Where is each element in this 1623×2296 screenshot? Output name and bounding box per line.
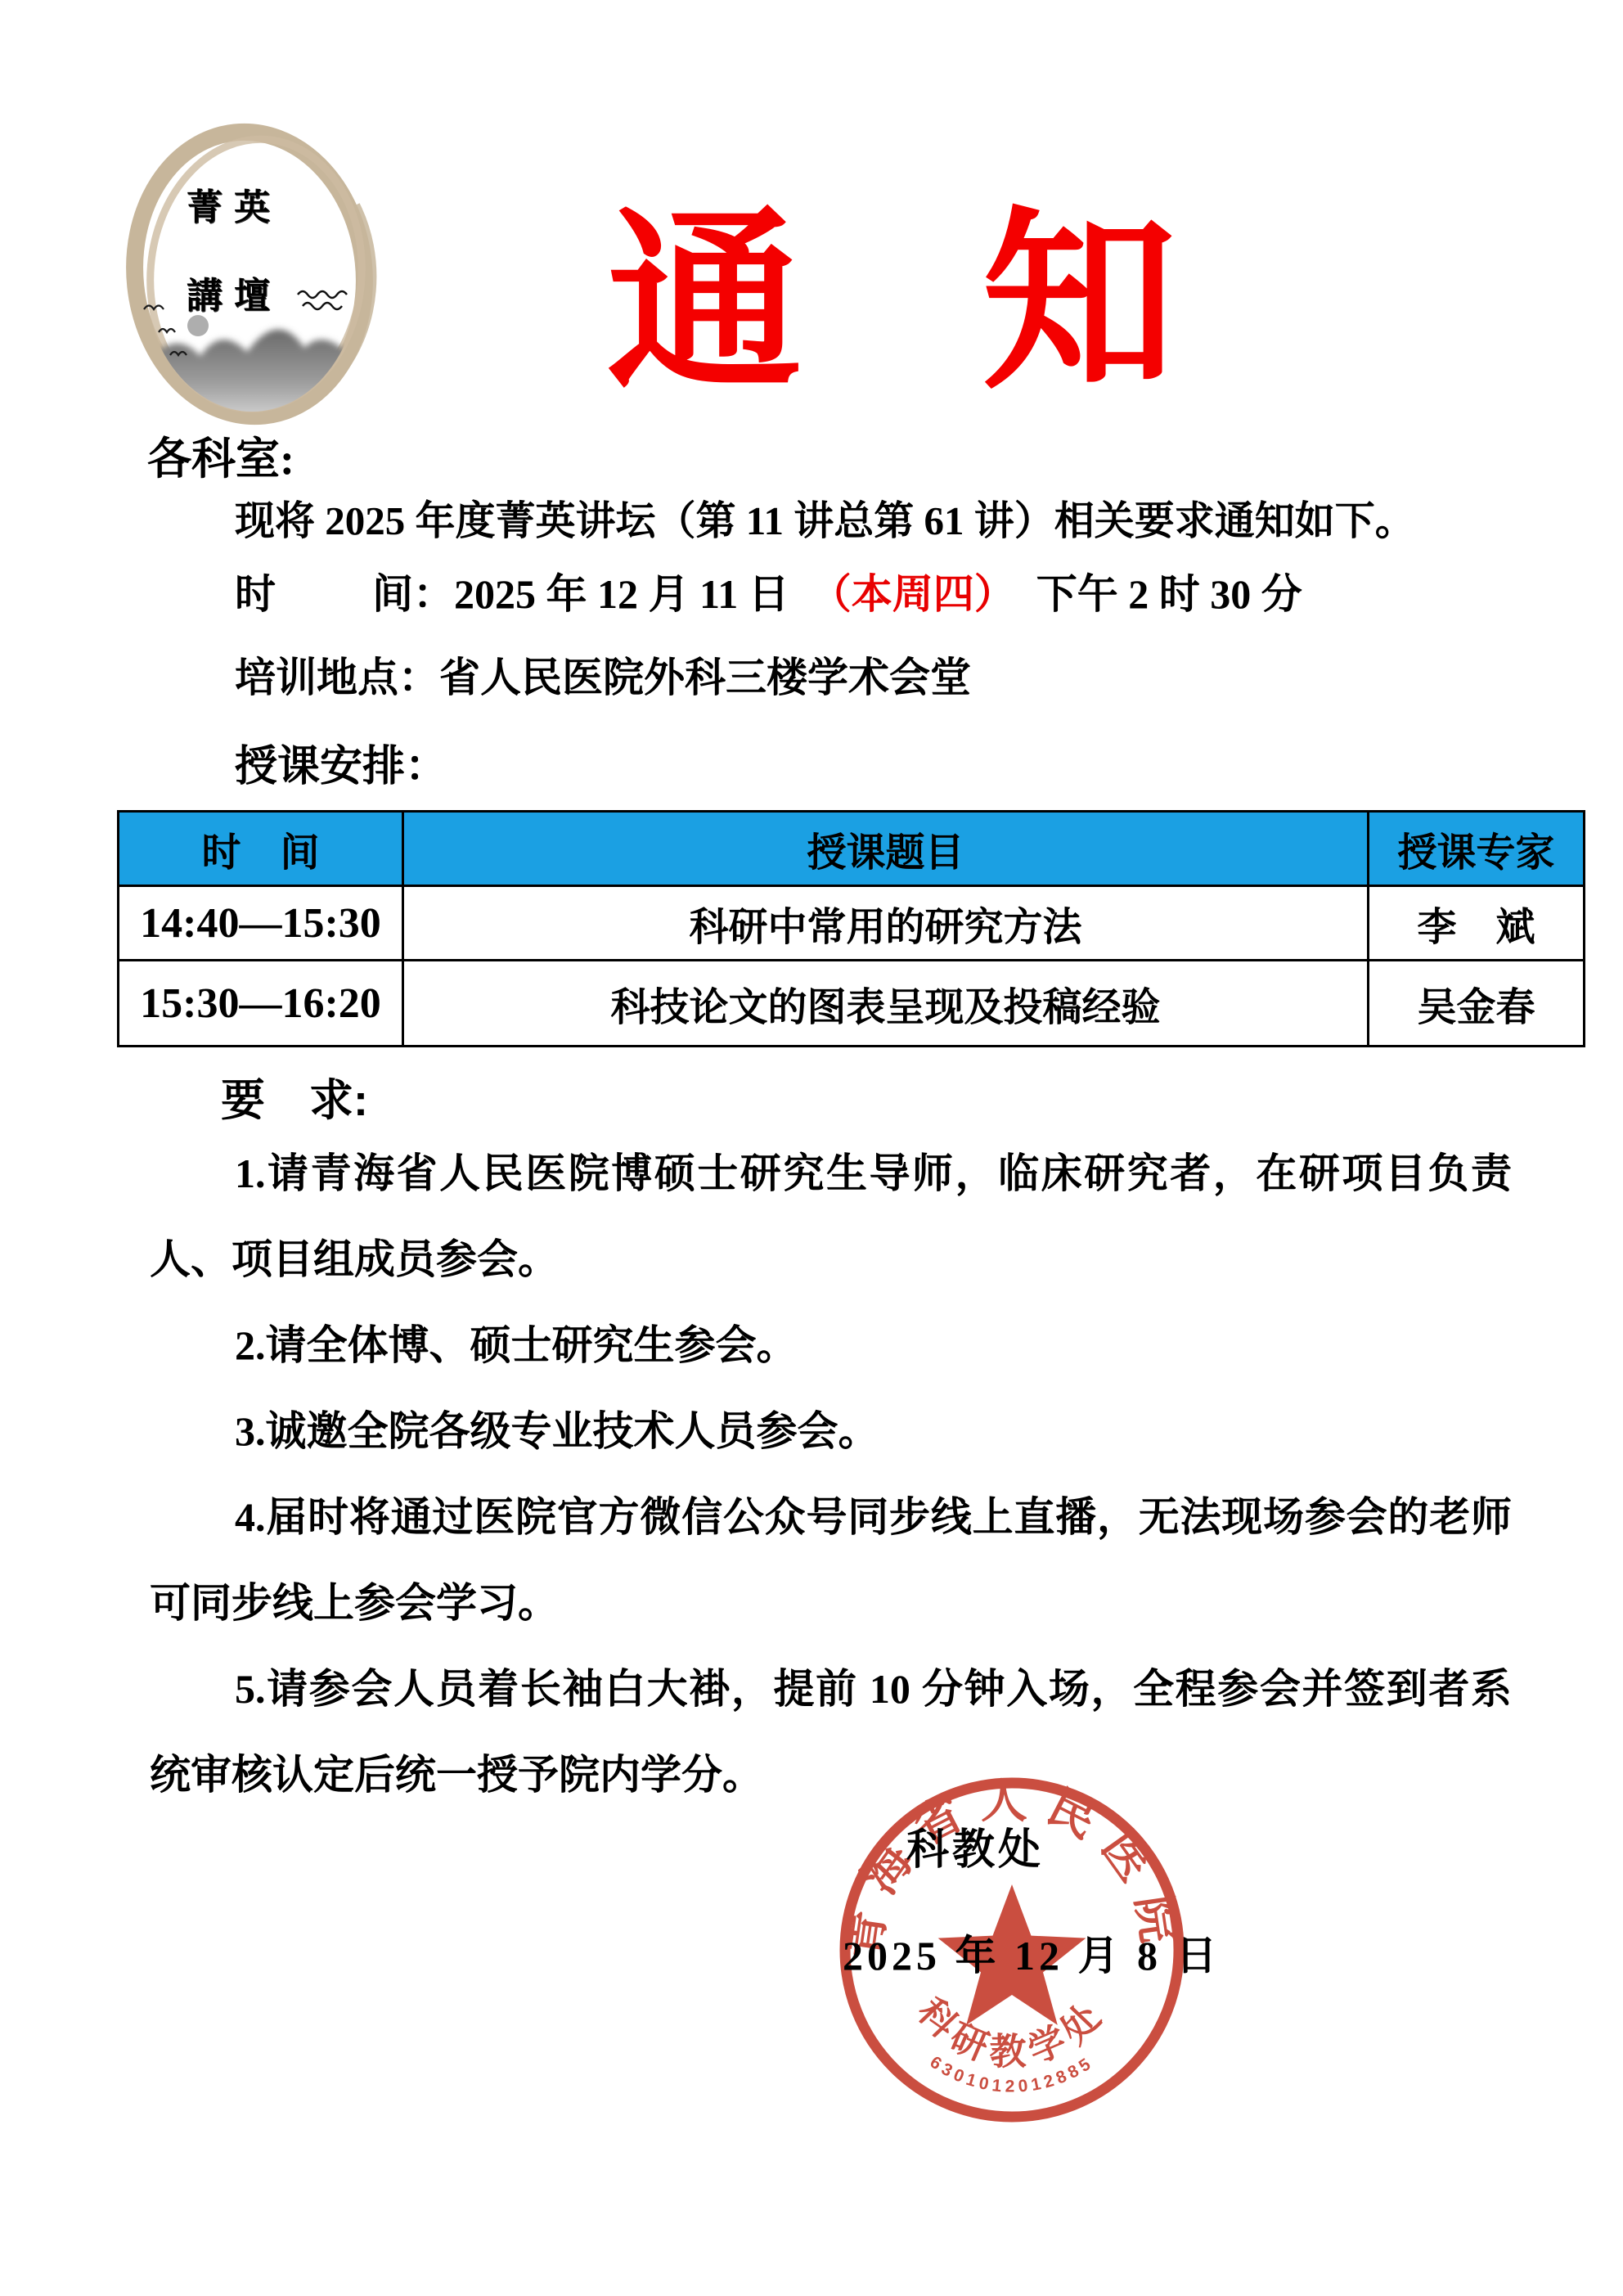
forum-logo: 菁英 講壇	[123, 115, 393, 434]
row2-speaker: 吴金春	[1369, 961, 1585, 1047]
header-topic: 授课题目	[403, 812, 1369, 886]
title-char-2: 知	[982, 203, 1176, 407]
time-label-part1: 时	[235, 571, 276, 617]
title-char-1: 通	[607, 203, 802, 407]
table-row: 15:30—16:20 科技论文的图表呈现及投稿经验 吴金春	[119, 961, 1585, 1047]
venue-value: 省人民医院外科三楼学术会堂	[439, 655, 971, 700]
requirement-item-4: 4.届时将通过医院官方微信公众号同步线上直播，无法现场参会的老师可同步线上参会学…	[150, 1474, 1512, 1646]
row2-topic: 科技论文的图表呈现及投稿经验	[403, 961, 1369, 1047]
requirement-item-2: 2.请全体博、硕士研究生参会。	[150, 1303, 1512, 1389]
venue-line: 培训地点：省人民医院外科三楼学术会堂	[235, 645, 971, 704]
forum-logo-line2: 講壇	[187, 252, 281, 340]
row1-speaker: 李 斌	[1369, 886, 1585, 961]
salutation: 各科室:	[147, 424, 294, 487]
requirement-item-1: 1.请青海省人民医院博硕士研究生导师，临床研究者，在研项目负责人、项目组成员参会…	[150, 1131, 1512, 1303]
time-value-post: 下午 2 时 30 分	[1036, 571, 1302, 617]
forum-logo-line1: 菁英	[187, 164, 281, 252]
header-time: 时 间	[119, 812, 403, 886]
seal-star-icon	[938, 1884, 1086, 2025]
official-seal: 青海省人民医院 科研教学处 6301012012885	[828, 1766, 1196, 2134]
requirements-label: 要 求:	[221, 1065, 368, 1128]
venue-label: 培训地点：	[235, 655, 439, 700]
intro-paragraph: 现将 2025 年度菁英讲坛（第 11 讲总第 61 讲）相关要求通知如下。	[235, 489, 1415, 547]
time-value-highlight: （本周四）	[811, 571, 1015, 617]
schedule-label: 授课安排：	[235, 732, 447, 793]
row2-time: 15:30—16:20	[119, 961, 403, 1047]
waves-icon	[296, 288, 362, 316]
row1-time: 14:40—15:30	[119, 886, 403, 961]
header-speaker: 授课专家	[1369, 812, 1585, 886]
page-title: 通 知	[607, 203, 1098, 407]
requirements-list: 1.请青海省人民医院博硕士研究生导师，临床研究者，在研项目负责人、项目组成员参会…	[150, 1131, 1512, 1818]
row1-topic: 科研中常用的研究方法	[403, 886, 1369, 961]
notice-page: { "logo": { "line1": "菁英", "line2": "講壇"…	[0, 0, 1623, 2296]
forum-logo-text: 菁英 講壇	[187, 164, 281, 340]
requirement-item-3: 3.诚邀全院各级专业技术人员参会。	[150, 1389, 1512, 1474]
time-label-part2: 间：	[372, 571, 454, 617]
schedule-table: 时 间 授课题目 授课专家 14:40—15:30 科研中常用的研究方法 李 斌…	[117, 810, 1585, 1047]
table-header-row: 时 间 授课题目 授课专家	[119, 812, 1585, 886]
time-line: 时间：2025 年 12 月 11 日（本周四）下午 2 时 30 分	[235, 561, 1302, 620]
time-value-pre: 2025 年 12 月 11 日	[454, 571, 789, 617]
table-row: 14:40—15:30 科研中常用的研究方法 李 斌	[119, 886, 1585, 961]
